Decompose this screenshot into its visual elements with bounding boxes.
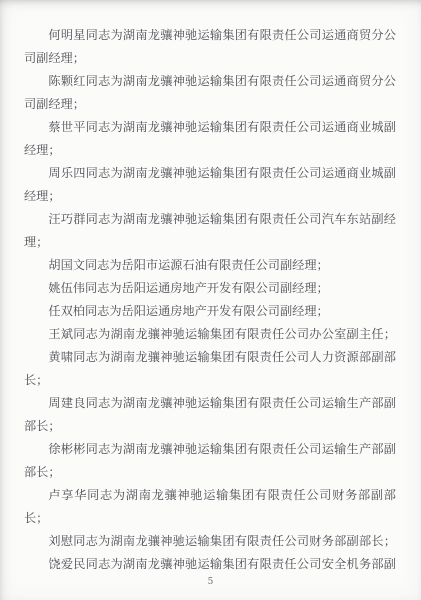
doc-line: 卢享华同志为湖南龙骧神驰运输集团有限责任公司财务部副部 bbox=[24, 484, 396, 507]
document-body: 何明星同志为湖南龙骧神驰运输集团有限责任公司运通商贸分公司副经理；陈颗红同志为湖… bbox=[24, 0, 396, 576]
doc-line: 周乐四同志为湖南龙骧神驰运输集团有限责任公司运通商业城副 bbox=[24, 162, 396, 185]
doc-line: 长； bbox=[24, 369, 396, 392]
doc-line: 经理； bbox=[24, 185, 396, 208]
doc-line: 汪巧群同志为湖南龙骧神驰运输集团有限责任公司汽车东站副经 bbox=[24, 208, 396, 231]
doc-line: 徐彬彬同志为湖南龙骧神驰运输集团有限责任公司运输生产部副 bbox=[24, 438, 396, 461]
doc-line: 司副经理； bbox=[24, 93, 396, 116]
doc-line: 任双柏同志为岳阳运通房地产开发有限公司副经理； bbox=[24, 300, 396, 323]
doc-line: 胡国文同志为岳阳市运源石油有限责任公司副经理； bbox=[24, 254, 396, 277]
doc-line: 何明星同志为湖南龙骧神驰运输集团有限责任公司运通商贸分公 bbox=[24, 24, 396, 47]
doc-line: 司副经理； bbox=[24, 47, 396, 70]
doc-line: 部长； bbox=[24, 461, 396, 484]
doc-line: 理； bbox=[24, 231, 396, 254]
doc-line: 经理； bbox=[24, 139, 396, 162]
page-number: 5 bbox=[0, 575, 421, 589]
doc-line: 长； bbox=[24, 507, 396, 530]
doc-line: 王斌同志为湖南龙骧神驰运输集团有限责任公司办公室副主任； bbox=[24, 323, 396, 346]
scanned-page: 何明星同志为湖南龙骧神驰运输集团有限责任公司运通商贸分公司副经理；陈颗红同志为湖… bbox=[0, 0, 421, 600]
doc-line: 黄啸同志为湖南龙骧神驰运输集团有限责任公司人力资源部副部 bbox=[24, 346, 396, 369]
doc-line: 饶爱民同志为湖南龙骧神驰运输集团有限责任公司安全机务部副 bbox=[24, 553, 396, 576]
doc-line: 刘慰同志为湖南龙骧神驰运输集团有限责任公司财务部副部长； bbox=[24, 530, 396, 553]
doc-line: 部长； bbox=[24, 415, 396, 438]
doc-line: 蔡世平同志为湖南龙骧神驰运输集团有限责任公司运通商业城副 bbox=[24, 116, 396, 139]
doc-line: 周建良同志为湖南龙骧神驰运输集团有限责任公司运输生产部副 bbox=[24, 392, 396, 415]
doc-line: 陈颗红同志为湖南龙骧神驰运输集团有限责任公司运通商贸分公 bbox=[24, 70, 396, 93]
doc-line: 姚伍伟同志为岳阳运通房地产开发有限公司副经理； bbox=[24, 277, 396, 300]
